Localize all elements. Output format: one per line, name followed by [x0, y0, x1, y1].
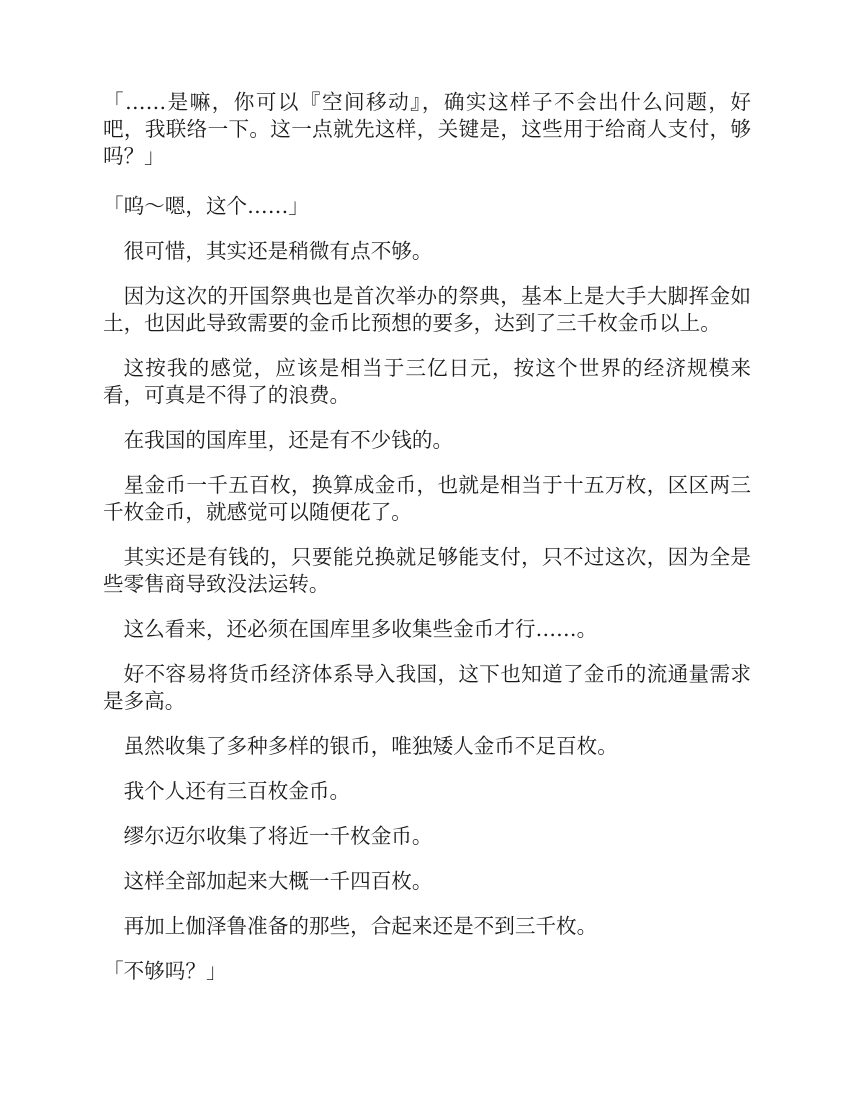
narration-paragraph: 其实还是有钱的，只要能兑换就足够能支付，只不过这次，因为全是些零售商导致没法运转…	[103, 544, 751, 598]
narration-paragraph: 这按我的感觉，应该是相当于三亿日元，按这个世界的经济规模来看，可真是不得了的浪费…	[103, 355, 751, 409]
narration-paragraph: 好不容易将货币经济体系导入我国，这下也知道了金币的流通量需求是多高。	[103, 661, 751, 715]
dialogue-paragraph: 「……是嘛，你可以『空间移动』，确实这样子不会出什么问题，好吧，我联络一下。这一…	[103, 89, 751, 170]
dialogue-paragraph: 「不够吗？」	[103, 958, 751, 985]
narration-paragraph: 虽然收集了多种多样的银币，唯独矮人金币不足百枚。	[103, 733, 751, 760]
narration-paragraph: 缪尔迈尔收集了将近一千枚金币。	[103, 823, 751, 850]
narration-paragraph: 因为这次的开国祭典也是首次举办的祭典，基本上是大手大脚挥金如土，也因此导致需要的…	[103, 283, 751, 337]
narration-paragraph: 这么看来，还必须在国库里多收集些金币才行……。	[103, 616, 751, 643]
narration-paragraph: 星金币一千五百枚，换算成金币，也就是相当于十五万枚，区区两三千枚金币，就感觉可以…	[103, 472, 751, 526]
narration-paragraph: 很可惜，其实还是稍微有点不够。	[103, 238, 751, 265]
dialogue-paragraph: 「呜～嗯，这个……」	[103, 193, 751, 220]
narration-paragraph: 我个人还有三百枚金币。	[103, 778, 751, 805]
narration-paragraph: 在我国的国库里，还是有不少钱的。	[103, 427, 751, 454]
narration-paragraph: 这样全部加起来大概一千四百枚。	[103, 868, 751, 895]
document-page: 「……是嘛，你可以『空间移动』，确实这样子不会出什么问题，好吧，我联络一下。这一…	[103, 89, 751, 985]
narration-paragraph: 再加上伽泽鲁准备的那些，合起来还是不到三千枚。	[103, 913, 751, 940]
